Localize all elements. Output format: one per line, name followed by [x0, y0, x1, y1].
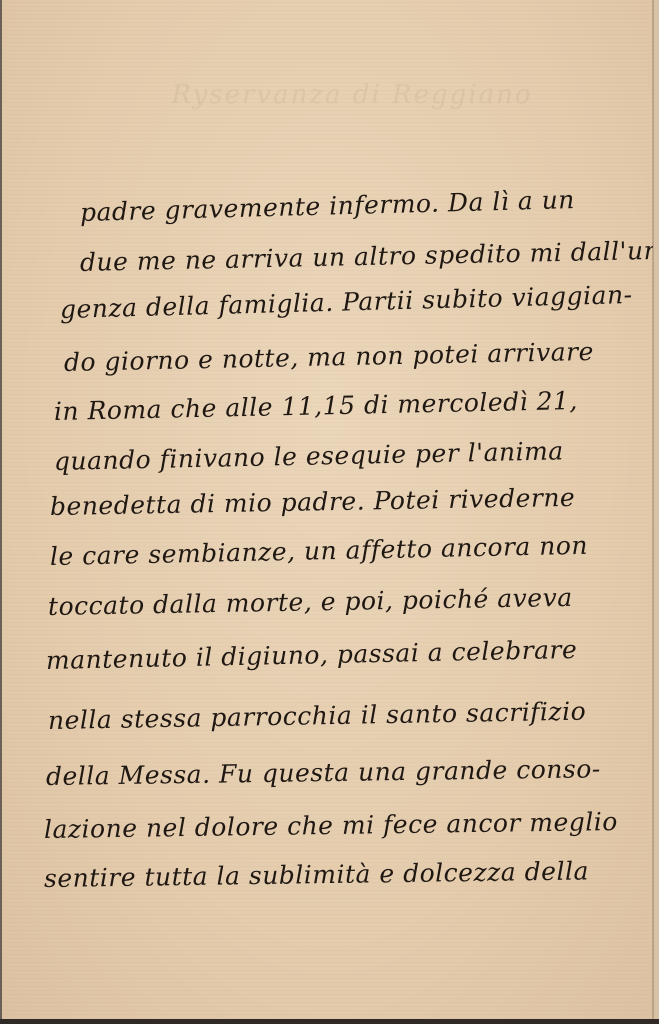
text-line-9: toccato dalla morte, e poi, poiché aveva	[48, 583, 573, 621]
text-line-14: sentire tutta la sublimità e dolcezza de…	[44, 856, 589, 893]
text-line-12: della Messa. Fu questa una grande conso-	[46, 754, 601, 791]
text-line-11: nella stessa parrocchia il santo sacrifi…	[48, 697, 587, 735]
text-line-10: mantenuto il digiuno, passai a celebrare	[46, 635, 578, 675]
text-line-8: le care sembianze, un affetto ancora non	[50, 531, 589, 571]
text-line-3: genza della famiglia. Partii subito viag…	[60, 280, 633, 324]
handwritten-text-block: padre gravemente infermo. Da lì a un due…	[2, 0, 654, 1019]
letter-page: Ryservanza di Reggiano padre gravemente …	[2, 0, 654, 1019]
text-line-2: due me ne arriva un altro spedito mi dal…	[80, 236, 659, 277]
text-line-1: padre gravemente infermo. Da lì a un	[80, 185, 576, 227]
text-line-13: lazione nel dolore che mi fece ancor meg…	[44, 807, 618, 844]
text-line-7: benedetta di mio padre. Potei rivederne	[50, 483, 576, 521]
scan-bottom-border	[0, 1019, 659, 1024]
text-line-4: do giorno e notte, ma non potei arrivare	[64, 337, 594, 377]
page-edge	[653, 0, 659, 1024]
text-line-5: in Roma che alle 11,15 di mercoledì 21,	[54, 386, 578, 426]
text-line-6: quando finivano le esequie per l'anima	[54, 436, 564, 476]
